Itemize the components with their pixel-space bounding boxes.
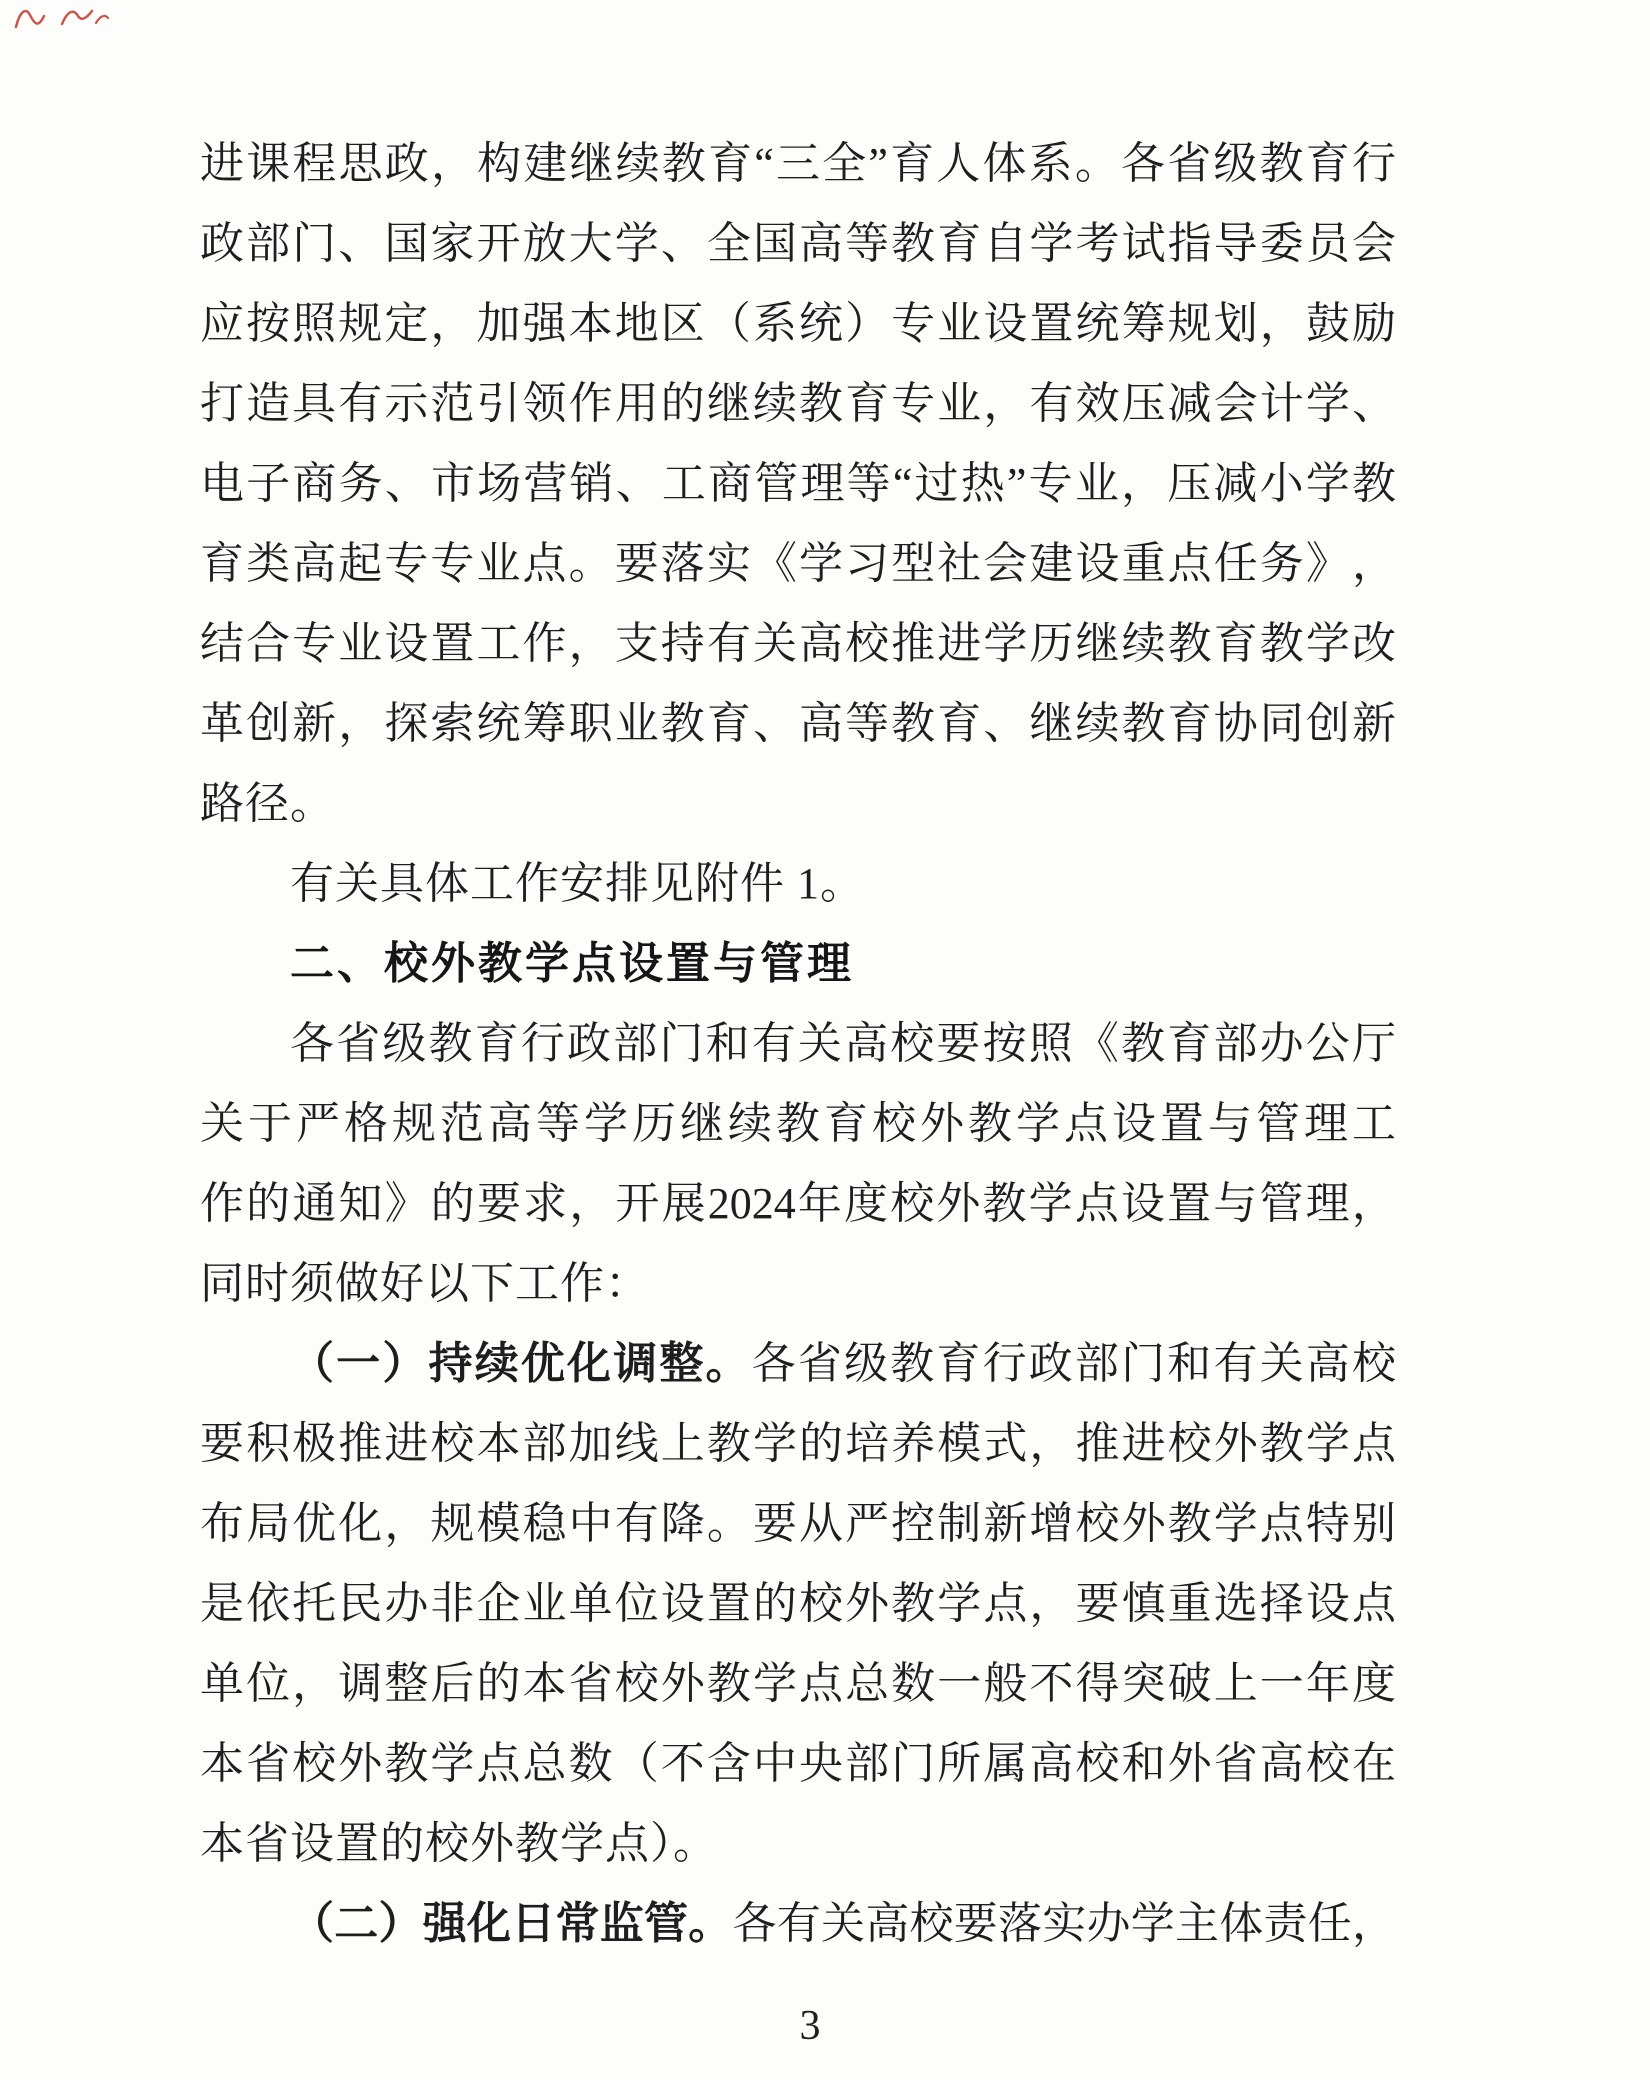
- body-text: 进课程思政，构建继续教育“三全”育人体系。各省级教育行 政部门、国家开放大学、全…: [200, 124, 1396, 1964]
- attachment-reference-line: 有关具体工作安排见附件 1。: [200, 844, 1396, 924]
- text-line: 要积极推进校本部加线上教学的培养模式，推进校外教学点: [200, 1404, 1396, 1484]
- text-line: 结合专业设置工作，支持有关高校推进学历继续教育教学改: [200, 604, 1396, 684]
- text-line: 关于严格规范高等学历继续教育校外教学点设置与管理工: [200, 1084, 1396, 1164]
- text-line: 育类高起专专业点。要落实《学习型社会建设重点任务》，: [200, 524, 1396, 604]
- subitem-two-line: （二）强化日常监管。各有关高校要落实办学主体责任，: [200, 1884, 1396, 1964]
- red-pen-marks-icon: [10, 2, 112, 36]
- text-line: 布局优化，规模稳中有降。要从严控制新增校外教学点特别: [200, 1484, 1396, 1564]
- text-line: 路径。: [200, 764, 1396, 844]
- subitem-one-line: （一）持续优化调整。各省级教育行政部门和有关高校: [200, 1324, 1396, 1404]
- text-line: 打造具有示范引领作用的继续教育专业，有效压减会计学、: [200, 364, 1396, 444]
- text-line: 进课程思政，构建继续教育“三全”育人体系。各省级教育行: [200, 124, 1396, 204]
- section-heading: 二、校外教学点设置与管理: [200, 924, 1396, 1004]
- text-line: 本省校外教学点总数（不含中央部门所属高校和外省高校在: [200, 1724, 1396, 1804]
- document-page: 进课程思政，构建继续教育“三全”育人体系。各省级教育行 政部门、国家开放大学、全…: [0, 0, 1650, 2080]
- text-line: 电子商务、市场营销、工商管理等“过热”专业，压减小学教: [200, 444, 1396, 524]
- text-line: 应按照规定，加强本地区（系统）专业设置统筹规划，鼓励: [200, 284, 1396, 364]
- text-line: 本省设置的校外教学点）。: [200, 1804, 1396, 1884]
- page-number: 3: [0, 2002, 1620, 2050]
- text-line: 同时须做好以下工作：: [200, 1244, 1396, 1324]
- text-line: 作的通知》的要求，开展 2024 年度校外教学点设置与管理，: [200, 1164, 1396, 1244]
- text-line: 单位，调整后的本省校外教学点总数一般不得突破上一年度: [200, 1644, 1396, 1724]
- text-line: 政部门、国家开放大学、全国高等教育自学考试指导委员会: [200, 204, 1396, 284]
- text-line: 革创新，探索统筹职业教育、高等教育、继续教育协同创新: [200, 684, 1396, 764]
- text-line: 是依托民办非企业单位设置的校外教学点，要慎重选择设点: [200, 1564, 1396, 1644]
- text-line: 各省级教育行政部门和有关高校要按照《教育部办公厅: [200, 1004, 1396, 1084]
